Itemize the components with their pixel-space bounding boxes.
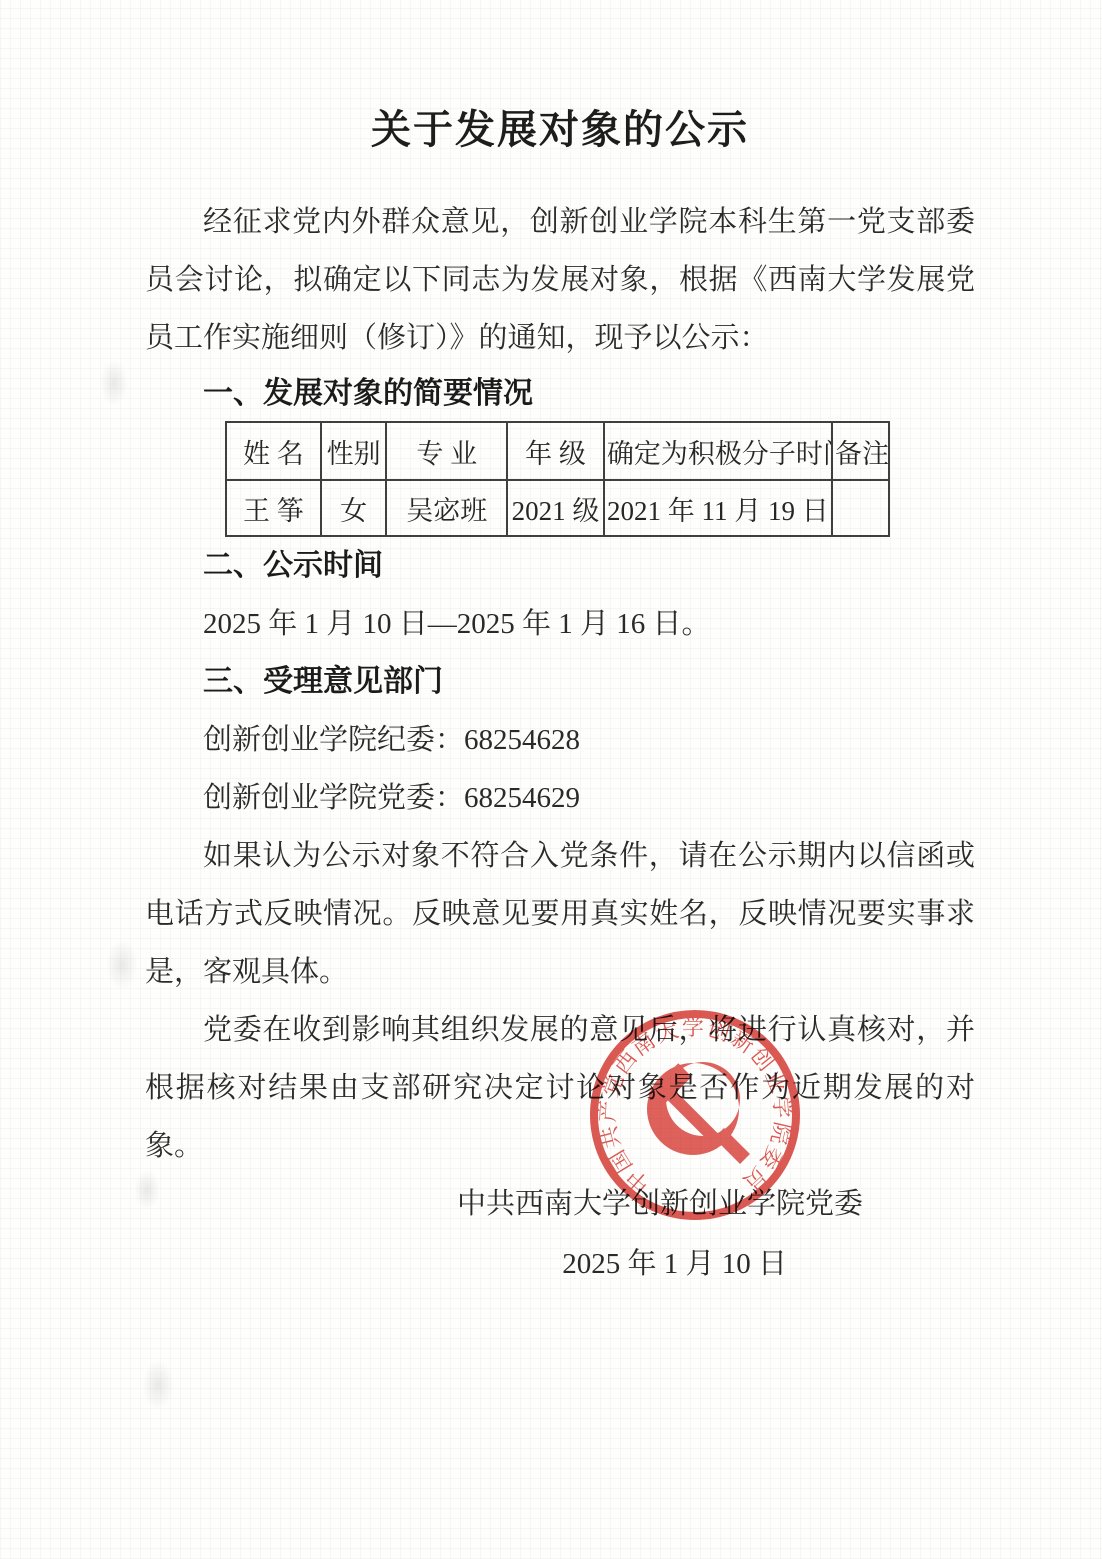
scan-smudge: [142, 1360, 174, 1410]
col-header-remark: 备注: [832, 422, 889, 480]
cell-grade: 2021 级: [507, 480, 604, 536]
document-page: 关于发展对象的公示 经征求党内外群众意见，创新创业学院本科生第一党支部委员会讨论…: [0, 0, 1102, 1559]
scan-smudge: [106, 940, 138, 990]
cell-activist-time: 2021 年 11 月 19 日: [604, 480, 832, 536]
signature-committee: 中共西南大学创新创业学院党委: [145, 1175, 975, 1233]
cell-name: 王 筝: [226, 480, 321, 536]
scan-smudge: [100, 360, 128, 406]
notice-paragraph-1: 如果认为公示对象不符合入党条件，请在公示期内以信函或电话方式反映情况。反映意见要…: [145, 827, 975, 1001]
signature-date: 2025 年 1 月 10 日: [145, 1235, 975, 1293]
col-header-grade: 年 级: [507, 422, 604, 480]
intro-paragraph: 经征求党内外群众意见，创新创业学院本科生第一党支部委员会讨论，拟确定以下同志为发…: [145, 193, 975, 367]
section-one-heading: 一、发展对象的简要情况: [145, 367, 975, 421]
cell-gender: 女: [321, 480, 387, 536]
candidate-table: 姓 名 性别 专 业 年 级 确定为积极分子时间 备注 王 筝 女 吴宓班 20…: [225, 421, 890, 537]
publicity-period: 2025 年 1 月 10 日—2025 年 1 月 16 日。: [145, 595, 975, 653]
col-header-name: 姓 名: [226, 422, 321, 480]
table-row: 王 筝 女 吴宓班 2021 级 2021 年 11 月 19 日: [226, 480, 889, 536]
notice-paragraph-2: 党委在收到影响其组织发展的意见后，将进行认真核对，并根据核对结果由支部研究决定讨…: [145, 1001, 975, 1175]
cell-remark: [832, 480, 889, 536]
table-header-row: 姓 名 性别 专 业 年 级 确定为积极分子时间 备注: [226, 422, 889, 480]
col-header-gender: 性别: [321, 422, 387, 480]
cell-major: 吴宓班: [386, 480, 507, 536]
col-header-major: 专 业: [386, 422, 507, 480]
col-header-activist-time: 确定为积极分子时间: [604, 422, 832, 480]
contact-line-dangwei: 创新创业学院党委：68254629: [145, 769, 975, 827]
document-content: 关于发展对象的公示 经征求党内外群众意见，创新创业学院本科生第一党支部委员会讨论…: [145, 0, 975, 1293]
section-three-heading: 三、受理意见部门: [145, 653, 975, 711]
section-two-heading: 二、公示时间: [145, 537, 975, 595]
contact-line-jiwei: 创新创业学院纪委：68254628: [145, 711, 975, 769]
document-title: 关于发展对象的公示: [145, 103, 975, 157]
